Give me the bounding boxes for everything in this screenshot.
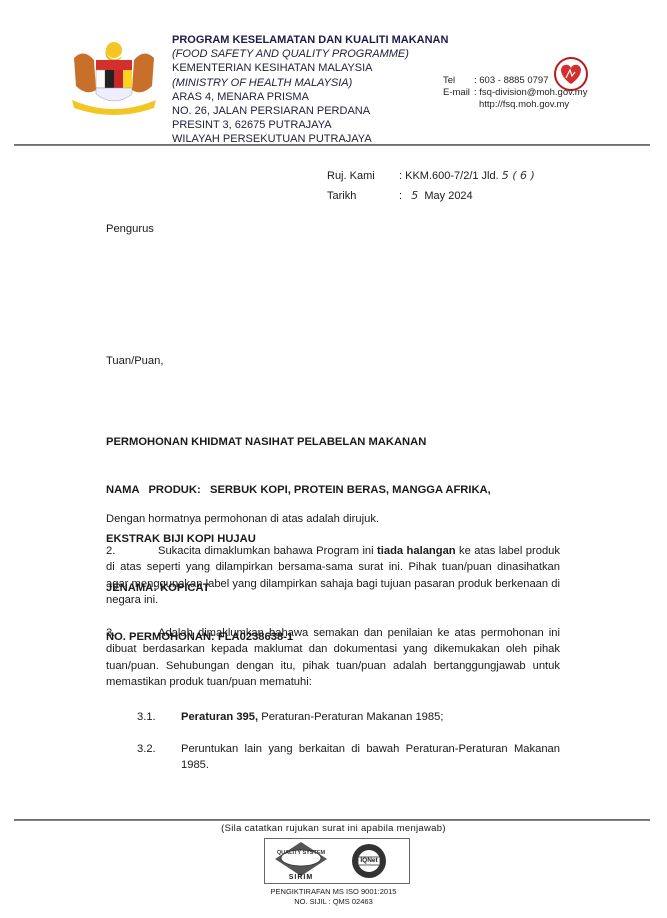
sirim-label: SIRIM: [273, 874, 329, 881]
program-title-en: (FOOD SAFETY AND QUALITY PROGRAMME): [172, 47, 448, 61]
website-link[interactable]: http://fsq.moh.gov.my: [443, 99, 587, 111]
opening-paragraph: Dengan hormatnya permohonan di atas adal…: [106, 511, 560, 527]
date-value: May 2024: [424, 186, 472, 206]
item-text: Peruntukan lain yang berkaitan di bawah …: [181, 741, 560, 774]
list-item: 3.2. Peruntukan lain yang berkaitan di b…: [137, 741, 560, 774]
paragraph-3: 3.Adalah dimaklumkan bahawa semakan dan …: [106, 625, 560, 690]
accreditation-text: PENGIKTIRAFAN MS ISO 9001:2015: [0, 887, 667, 896]
certificate-number: NO. SIJIL : QMS 02463: [0, 897, 667, 906]
subject-line: NAMA PRODUK: SERBUK KOPI, PROTEIN BERAS,…: [106, 482, 586, 498]
date-handwritten: 5: [411, 186, 418, 206]
paragraph-2: 2.Sukacita dimaklumkan bahawa Program in…: [106, 543, 560, 608]
footer-note: (Sila catatkan rujukan surat ini apabila…: [0, 823, 667, 834]
iqnet-icon: IQNet: [351, 843, 387, 879]
list-item: 3.1. Peraturan 395, Peraturan-Peraturan …: [137, 709, 560, 725]
recipient: Pengurus: [106, 221, 560, 237]
contact-block: Tel: 603 - 8885 0797 E-mail: fsq-divisio…: [443, 75, 587, 111]
paragraph-text: Adalah dimaklumkan bahawa semakan dan pe…: [106, 627, 560, 688]
email-label: E-mail: [443, 87, 474, 99]
tel-value: : 603 - 8885 0797: [474, 75, 548, 87]
salutation: Tuan/Puan,: [106, 353, 560, 369]
item-number: 3.2.: [137, 741, 181, 774]
header-divider: [14, 144, 650, 146]
ref-handwritten: 5 ( 6 ): [502, 166, 535, 186]
date-colon: :: [399, 186, 402, 206]
ref-label: Ruj. Kami: [327, 166, 399, 186]
certification-logos: QUALITY SYSTEM SIRIM IQNet: [264, 838, 410, 884]
item-bold: Peraturan 395,: [181, 711, 258, 723]
ministry-name: KEMENTERIAN KESIHATAN MALAYSIA: [172, 61, 448, 75]
date-label: Tarikh: [327, 186, 399, 206]
email-link[interactable]: : fsq-division@moh.gov.my: [474, 87, 587, 99]
address-line: PRESINT 3, 62675 PUTRAJAYA: [172, 118, 448, 132]
paragraph-text: Sukacita dimaklumkan bahawa Program ini: [158, 545, 377, 557]
program-title: PROGRAM KESELAMATAN DAN KUALITI MAKANAN: [172, 33, 448, 47]
quality-system-label: QUALITY SYSTEM: [273, 850, 329, 856]
item-text: Peraturan-Peraturan Makanan 1985;: [258, 711, 443, 723]
subject-line: PERMOHONAN KHIDMAT NASIHAT PELABELAN MAK…: [106, 434, 586, 450]
subject-block: PERMOHONAN KHIDMAT NASIHAT PELABELAN MAK…: [106, 401, 586, 662]
item-number: 3.1.: [137, 709, 181, 725]
iqnet-label: IQNet: [351, 857, 387, 864]
address-line: ARAS 4, MENARA PRISMA: [172, 90, 448, 104]
sirim-quality-system-icon: QUALITY SYSTEM SIRIM: [273, 841, 329, 881]
tel-label: Tel: [443, 75, 474, 87]
emphasis-text: tiada halangan: [377, 545, 456, 557]
address-line: NO. 26, JALAN PERSIARAN PERDANA: [172, 104, 448, 118]
letterhead-block: PROGRAM KESELAMATAN DAN KUALITI MAKANAN …: [172, 33, 448, 147]
ministry-name-en: (MINISTRY OF HEALTH MALAYSIA): [172, 76, 448, 90]
footer-divider: [14, 819, 650, 821]
paragraph-number: 2.: [106, 543, 158, 559]
paragraph-number: 3.: [106, 625, 158, 641]
malaysia-coat-of-arms-icon: [66, 38, 162, 118]
reference-block: Ruj. Kami : KKM.600-7/2/1 Jld. 5 ( 6 ) T…: [327, 166, 535, 206]
ref-value: : KKM.600-7/2/1 Jld.: [399, 166, 499, 186]
